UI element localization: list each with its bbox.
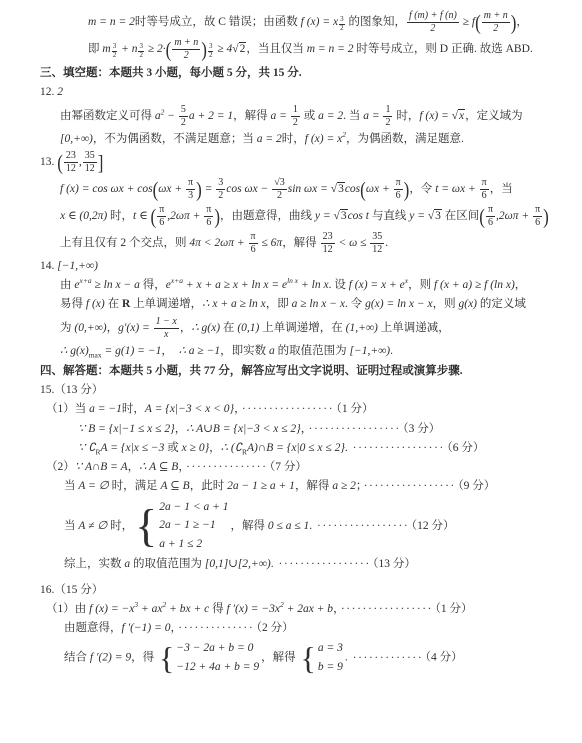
fraction-denominator: 2 [340, 25, 344, 33]
static-text: 上单调递增，在 [259, 322, 345, 334]
fraction-denominator: 6 [533, 217, 542, 229]
radical-sign: √ [334, 210, 340, 222]
math-text: f ′(x) = −3x [226, 603, 279, 615]
q14-sol-line-3: 为 (0,+∞)，g′(x) = 1 − xx，∴ g(x) 在 (0,1) 上… [0, 316, 576, 341]
big-right-paren: ) [196, 180, 202, 199]
fraction-denominator: 2 [491, 23, 500, 35]
static-text: ，令 [409, 183, 435, 195]
math-text: t = ωx + [435, 183, 478, 195]
static-text: ， [161, 345, 178, 357]
math-text: m [102, 43, 110, 55]
fraction-denominator: x [162, 329, 170, 341]
static-text: ， [107, 322, 119, 334]
q14-sol-line-2: 易得 f (x) 在 R 上单调递增，∴ x + a ≥ ln x，即 a ≥ … [0, 296, 576, 313]
math-text: f (x) = −x [89, 603, 134, 615]
static-text: 的取值范围为 [130, 558, 205, 570]
static-text: （1 分） [435, 603, 472, 615]
math-text: a ≥ 2 [332, 480, 356, 492]
static-text: ，即实数 [220, 345, 269, 357]
static-text: 16.（15 分） [40, 584, 103, 596]
big-right-paren: ) [511, 13, 517, 32]
sqrt-radical: √2 [232, 42, 246, 55]
math-fraction: π6 [204, 204, 213, 229]
math-text: + ln x [298, 279, 328, 291]
static-text: 上单调递增， [130, 298, 202, 310]
static-text: ，即 [266, 298, 292, 310]
exponent-fraction: 32 [339, 16, 345, 32]
math-text: 2a − 1 ≥ a + 1 [227, 480, 295, 492]
math-text: ≤ 6π [259, 237, 283, 249]
static-text: 结合 [64, 652, 90, 664]
cases-row: 2a − 1 < a + 1 [159, 498, 228, 517]
fraction-denominator: 6 [157, 217, 166, 229]
fraction-numerator: 1 [291, 104, 300, 117]
math-text: f ′(2) = 9 [90, 652, 131, 664]
cases-row: a = 3 [318, 639, 343, 658]
fraction-denominator: 12 [83, 163, 97, 175]
static-text: 时， [122, 403, 145, 415]
math-fraction: π6 [533, 204, 542, 229]
cases-brace: { [301, 646, 316, 672]
math-text: = g(1) = −1 [102, 345, 162, 357]
math-text: f ′(−1) = 0 [122, 622, 171, 634]
static-text: （13 分） [373, 558, 416, 570]
fraction-denominator: 6 [249, 244, 258, 256]
fraction-denominator: 2 [139, 52, 143, 60]
math-text: a ≥ ln x − x [292, 298, 345, 310]
q16-part1-line-1: （1）由 f (x) = −x3 + ax2 + bx + c 得 f ′(x)… [0, 601, 576, 618]
fraction-denominator: 6 [480, 190, 489, 202]
math-text: cos ωx − [226, 183, 271, 195]
math-text: g′(x) = [118, 322, 153, 334]
math-text: a + 2 = 1 [189, 110, 233, 122]
static-text: （4 分） [425, 652, 462, 664]
static-text: ； [356, 480, 362, 492]
static-text: 15.（13 分） [40, 384, 103, 396]
q15-part2-line-3: 当 A ≠ ∅ 时，{2a − 1 < a + 12a − 1 ≥ −1a + … [0, 498, 576, 555]
math-text: f (x) = cos ωx + cos [60, 183, 153, 195]
cases-group: {−3 − 2a + b = 0−12 + 4a + b = 9 [159, 639, 259, 677]
math-fraction: √32 [272, 177, 287, 202]
exponent-fraction: 32 [112, 43, 118, 59]
math-text: [−1,+∞) [57, 260, 98, 272]
math-text: x ∈ (0,2π) [60, 210, 107, 222]
big-right-paren: ) [543, 207, 549, 226]
math-text: a = 2 [318, 110, 343, 122]
math-text: A = {x|−3 < x < 0} [145, 403, 234, 415]
q15-conclusion: 综上，实数 a 的取值范围为 [0,1]∪[2,+∞). ···········… [0, 556, 576, 573]
radical-sign: √ [232, 43, 238, 55]
math-text: f (x) = x [305, 133, 342, 145]
static-text: . [385, 237, 388, 249]
math-text: cos [345, 183, 360, 195]
math-fraction: π6 [480, 177, 489, 202]
static-text: 为 [60, 322, 74, 334]
static-text: 时， [107, 520, 133, 532]
math-fraction: π6 [394, 177, 403, 202]
q15-part1-line-2: ∵ B = {x|−1 ≤ x ≤ 2}，∴ A∪B = {x|−3 < x ≤… [0, 421, 576, 438]
math-text: + n [118, 43, 137, 55]
math-fraction: 2312 [321, 231, 335, 256]
big-left-paren: ( [57, 153, 63, 172]
math-text: ∵ B = {x|−1 ≤ x ≤ 2} [78, 423, 175, 435]
fraction-numerator: 35 [370, 231, 384, 244]
fraction-numerator: f (m) + f (n) [407, 10, 459, 23]
math-fraction: π6 [486, 204, 495, 229]
static-text: ， [171, 622, 177, 634]
static-text: ， [175, 423, 187, 435]
exponent-fraction: 32 [208, 43, 214, 59]
cases-rows: 2a − 1 < a + 12a − 1 ≥ −1a + 1 ≤ 2 [159, 498, 228, 555]
dotted-leader: ·············· [178, 622, 254, 634]
document-body: m = n = 2时等号成立，故 C 错误；由函数 f (x) = x32 的图… [0, 10, 576, 677]
static-text: （6 分） [447, 442, 484, 454]
q15-header: 15.（13 分） [0, 382, 576, 399]
math-text: a = [363, 110, 382, 122]
static-text: 由 [60, 279, 74, 291]
q15-part1-line-1: （1）当 a = −1时，A = {x|−3 < x < 0}，········… [0, 401, 576, 418]
subscript: max [89, 350, 102, 359]
q16-header: 16.（15 分） [0, 582, 576, 599]
static-text: 的取值范围为 [275, 345, 350, 357]
math-text: 2 [57, 86, 63, 98]
math-text: − [164, 110, 178, 122]
section-fill-in-header: 三、填空题：本题共 3 小题，每小题 5 分，共 15 分. [0, 65, 576, 82]
math-text: = [202, 183, 216, 195]
sqrt-radical: √3 [334, 209, 348, 222]
cases-group: {2a − 1 < a + 12a − 1 ≥ −1a + 1 ≤ 2 [135, 498, 228, 555]
fraction-denominator: 6 [204, 217, 213, 229]
fraction-numerator: π [394, 177, 403, 190]
static-text: （9 分） [458, 480, 495, 492]
big-left-paren: ( [151, 207, 157, 226]
math-text: cos t [348, 210, 369, 222]
static-text: 易得 [60, 298, 86, 310]
static-text: 14. [40, 260, 57, 272]
math-text: A ≠ ∅ [78, 520, 107, 532]
q14-sol-line-4: ∴ g(x)max = g(1) = −1， ∴ a ≥ −1，即实数 a 的取… [0, 343, 576, 360]
math-text: f (x) [86, 298, 105, 310]
static-text: ， [128, 461, 140, 473]
static-text: ， [178, 461, 184, 473]
sqrt-radical: √x [452, 109, 465, 122]
static-text: ，得 [131, 652, 157, 664]
static-text: ， [333, 603, 339, 615]
static-text: 13. [40, 156, 57, 168]
static-text: . [345, 652, 351, 664]
static-text: ，解得 [261, 652, 298, 664]
sqrt-radical: √3 [331, 182, 345, 195]
static-text: 或 [167, 442, 179, 454]
abd-sol-line-1: m = n = 2时等号成立，故 C 错误；由函数 f (x) = x32 的图… [0, 10, 576, 35]
q14-answer: 14. [−1,+∞) [0, 258, 576, 275]
static-text: ， [209, 442, 221, 454]
math-text: ,2ωπ + [496, 210, 532, 222]
math-text: + x + a ≥ x + ln x = e [183, 279, 287, 291]
dotted-leader: ················· [341, 603, 433, 615]
big-left-paren: ( [479, 207, 485, 226]
q13-answer: 13. (2312,3512] [0, 150, 576, 175]
fraction-numerator: 1 [383, 104, 392, 117]
math-text: [0,1]∪[2,+∞) [205, 558, 271, 570]
math-text: x ≥ 0} [179, 442, 209, 454]
math-text: (0,1) [237, 322, 259, 334]
fraction-numerator: π [204, 204, 213, 217]
fraction-denominator: 2 [113, 52, 117, 60]
static-text: 得 [209, 603, 226, 615]
big-right-paren: ) [201, 40, 207, 59]
math-fraction: 3512 [83, 150, 97, 175]
cases-row: a + 1 ≤ 2 [159, 535, 202, 554]
superscript: x+a [171, 276, 183, 285]
static-text: （1）当 [46, 403, 89, 415]
math-fraction: π6 [249, 231, 258, 256]
dotted-leader: ············· [353, 652, 424, 664]
math-fraction: π3 [186, 177, 195, 202]
static-text: （1 分） [336, 403, 373, 415]
math-text: g(x) = ln x − x [365, 298, 433, 310]
fraction-numerator: m + n [172, 37, 200, 50]
math-text: ∴ x + a ≥ ln x [202, 298, 266, 310]
math-text: A = {x|x ≤ −3 [101, 442, 168, 454]
q13-sol-line-2: x ∈ (0,2π) 时，t ∈ (π6,2ωπ + π6)，由题意得，曲线 y… [0, 204, 576, 229]
fraction-denominator: 2 [182, 50, 191, 62]
fraction-denominator: 2 [291, 117, 300, 129]
math-text: y = [409, 210, 428, 222]
static-text: 四、解答题：本题共 5 小题，共 77 分，解答应写出文字说明、证明过程或演算步… [40, 365, 463, 377]
static-text: ， [516, 16, 528, 28]
math-text: + bx + c [166, 603, 209, 615]
q13-sol-line-3: 上有且仅有 2 个交点，则 4π < 2ωπ + π6 ≤ 6π，解得 2312… [0, 231, 576, 256]
math-text: + ax [138, 603, 162, 615]
fraction-numerator: 5 [179, 104, 188, 117]
static-text: （3 分） [403, 423, 440, 435]
fraction-numerator: 23 [64, 150, 78, 163]
math-text: [−1,+∞) [349, 345, 390, 357]
static-text: 时，满足 [109, 480, 161, 492]
fraction-numerator: π [486, 204, 495, 217]
static-text: ，当且仅当 [246, 43, 306, 55]
fraction-denominator: 2 [275, 190, 284, 202]
static-text: 当 [64, 480, 78, 492]
cases-row: −3 − 2a + b = 0 [176, 639, 253, 658]
static-text: 在 [105, 298, 122, 310]
fraction-numerator: 1 − x [154, 316, 179, 329]
fraction-denominator: 2 [209, 52, 213, 60]
static-text: 在 [220, 322, 237, 334]
q14-sol-line-1: 由 ex+a ≥ ln x − a 得，ex+a + x + a ≥ x + l… [0, 277, 576, 294]
static-text: 时等号成立，故 C 错误；由函数 [135, 16, 301, 28]
math-text: m = n = 2 [307, 43, 354, 55]
math-text: ∵ A∩B = A [75, 461, 128, 473]
section-solutions-header: 四、解答题：本题共 5 小题，共 77 分，解答应写出文字说明、证明过程或演算步… [0, 363, 576, 380]
static-text: ，解得 [295, 480, 332, 492]
q12-answer: 12. 2 [0, 84, 576, 101]
static-text: . 设 [329, 279, 349, 291]
math-text: sin ωx = [288, 183, 331, 195]
static-text: 与直线 [369, 210, 409, 222]
static-text: 三、填空题：本题共 3 小题，每小题 5 分，共 15 分. [40, 67, 302, 79]
math-text: a = 2 [257, 133, 282, 145]
fraction-numerator: π [157, 204, 166, 217]
answer-key-page: m = n = 2时等号成立，故 C 错误；由函数 f (x) = x32 的图… [0, 0, 582, 743]
static-text: ， [301, 423, 307, 435]
fraction-denominator: 2 [428, 23, 437, 35]
fraction-denominator: 6 [394, 190, 403, 202]
static-text: 上单调递减， [378, 322, 450, 334]
static-text: ，解得 [282, 237, 319, 249]
math-text: 4π < 2ωπ + [189, 237, 247, 249]
math-text: y = [315, 210, 334, 222]
static-text: ，解得 [233, 110, 270, 122]
math-text: ωx + [158, 183, 185, 195]
static-text: （7 分） [270, 461, 307, 473]
dotted-leader: ················· [364, 480, 456, 492]
math-text: ≥ 2· [145, 43, 166, 55]
static-text: ，当 [490, 183, 513, 195]
fraction-numerator: π [249, 231, 258, 244]
cases-row: b = 9 [318, 658, 343, 677]
fraction-denominator: 12 [64, 163, 78, 175]
q15-part1-line-3: ∵ ∁RA = {x|x ≤ −3 或 x ≥ 0}，∴ (∁RA)∩B = {… [0, 440, 576, 457]
math-text: f (x) = x + e [349, 279, 405, 291]
big-left-paren: ( [360, 180, 366, 199]
fraction-numerator: π [186, 177, 195, 190]
math-fraction: 1 − xx [154, 316, 179, 341]
math-text: ∴ a ≥ −1 [179, 345, 221, 357]
fraction-numerator: π [533, 204, 542, 217]
big-left-paren: ( [475, 13, 481, 32]
math-text: f (x + a) ≥ f (ln x) [434, 279, 515, 291]
math-text: (0,+∞) [74, 322, 106, 334]
fraction-denominator: 3 [186, 190, 195, 202]
math-fraction: 32 [216, 177, 225, 202]
dotted-leader: ··············· [186, 461, 267, 473]
cases-group: {a = 3b = 9 [301, 639, 343, 677]
cases-brace: { [135, 508, 157, 545]
math-text: ,2ωπ + [167, 210, 203, 222]
static-text: ， [234, 403, 240, 415]
static-text: ， [515, 279, 527, 291]
static-text: ，则 [433, 298, 459, 310]
fraction-denominator: 6 [486, 217, 495, 229]
math-text: ∴ A ⊆ B [139, 461, 178, 473]
math-text: ≥ 4 [214, 43, 232, 55]
big-left-paren: ( [166, 40, 172, 59]
static-text: （12 分） [411, 520, 454, 532]
radicand: 3 [340, 209, 348, 222]
dotted-leader: ················· [242, 403, 334, 415]
math-fraction: m + n2 [172, 37, 200, 62]
fraction-numerator: √3 [272, 177, 287, 190]
math-text: g(x) [459, 298, 478, 310]
superscript: x+a [79, 276, 91, 285]
static-text: 当 [64, 520, 78, 532]
math-text: m = n = 2 [88, 16, 135, 28]
cases-rows: −3 − 2a + b = 0−12 + 4a + b = 9 [176, 639, 259, 677]
static-text: ，不为偶函数，不满足题意；当 [93, 133, 257, 145]
fraction-numerator: 35 [83, 150, 97, 163]
fraction-numerator: π [480, 177, 489, 190]
static-text: 时等号成立，则 D 正确. 故选 ABD. [354, 43, 533, 55]
math-text: [0,+∞) [60, 133, 93, 145]
static-text: . [390, 345, 393, 357]
radicand: 3 [337, 182, 345, 195]
q16-part1-line-3: 结合 f ′(2) = 9，得 {−3 − 2a + b = 0−12 + 4a… [0, 639, 576, 677]
math-text: ≥ f [460, 16, 475, 28]
static-text: ，则 [408, 279, 434, 291]
static-text: . 当 [343, 110, 363, 122]
math-text: 0 ≤ a ≤ 1 [268, 520, 309, 532]
static-text: . 令 [345, 298, 365, 310]
math-text: t ∈ [133, 210, 150, 222]
cases-rows: a = 3b = 9 [318, 639, 343, 677]
static-text: 或 [301, 110, 318, 122]
big-left-paren: ( [153, 180, 159, 199]
big-right-paren: ) [214, 207, 220, 226]
fraction-denominator: 12 [370, 244, 384, 256]
dotted-leader: ················· [353, 442, 445, 454]
math-fraction: 12 [291, 104, 300, 129]
static-text: （2 分） [256, 622, 293, 634]
math-text: ∴ (∁ [221, 442, 242, 454]
static-text: 的图象知， [346, 16, 406, 28]
math-fraction: f (m) + f (n)2 [407, 10, 459, 35]
math-fraction: 2312 [64, 150, 78, 175]
math-text: f (x) = x [301, 16, 338, 28]
math-text: ωx + [366, 183, 393, 195]
static-text: 时， [107, 210, 133, 222]
exponent-fraction: 32 [138, 43, 144, 59]
big-right-bracket: ] [98, 153, 104, 172]
static-text: 12. [40, 86, 57, 98]
q12-sol-line-2: [0,+∞)，不为偶函数，不满足题意；当 a = 2时，f (x) = x2，为… [0, 131, 576, 148]
math-text: < ω ≤ [336, 237, 370, 249]
dotted-leader: ················· [317, 520, 409, 532]
static-text: 综上，实数 [64, 558, 124, 570]
static-text: ，为偶函数，满足题意. [346, 133, 464, 145]
static-text: ，此时 [190, 480, 227, 492]
q13-sol-line-1: f (x) = cos ωx + cos(ωx + π3) = 32cos ωx… [0, 177, 576, 202]
math-text: a = −1 [89, 403, 122, 415]
math-text: , [79, 156, 82, 168]
math-text: ∵ ∁ [78, 442, 96, 454]
math-text: (1,+∞) [346, 322, 378, 334]
radicand: 3 [434, 209, 442, 222]
fraction-denominator: 2 [216, 190, 225, 202]
static-text: ，解得 [231, 520, 268, 532]
math-text: ∴ g(x) [191, 322, 220, 334]
big-right-paren: ) [404, 180, 410, 199]
math-text: a = [271, 110, 290, 122]
math-fraction: π6 [157, 204, 166, 229]
dotted-leader: ················· [309, 423, 401, 435]
cases-row: −12 + 4a + b = 9 [176, 658, 259, 677]
fraction-numerator: 3 [216, 177, 225, 190]
static-text: ， [180, 322, 192, 334]
superscript: ln x [287, 276, 298, 285]
fraction-denominator: 2 [179, 117, 188, 129]
dotted-leader: ················· [278, 558, 370, 570]
math-fraction: 52 [179, 104, 188, 129]
math-text: ∴ A∪B = {x|−3 < x ≤ 2} [186, 423, 301, 435]
cases-brace: { [159, 646, 174, 672]
math-fraction: m + n2 [482, 10, 510, 35]
fraction-numerator: 23 [321, 231, 335, 244]
math-text: A ⊆ B [160, 480, 189, 492]
static-text: . [345, 442, 351, 454]
fraction-denominator: 12 [321, 244, 335, 256]
